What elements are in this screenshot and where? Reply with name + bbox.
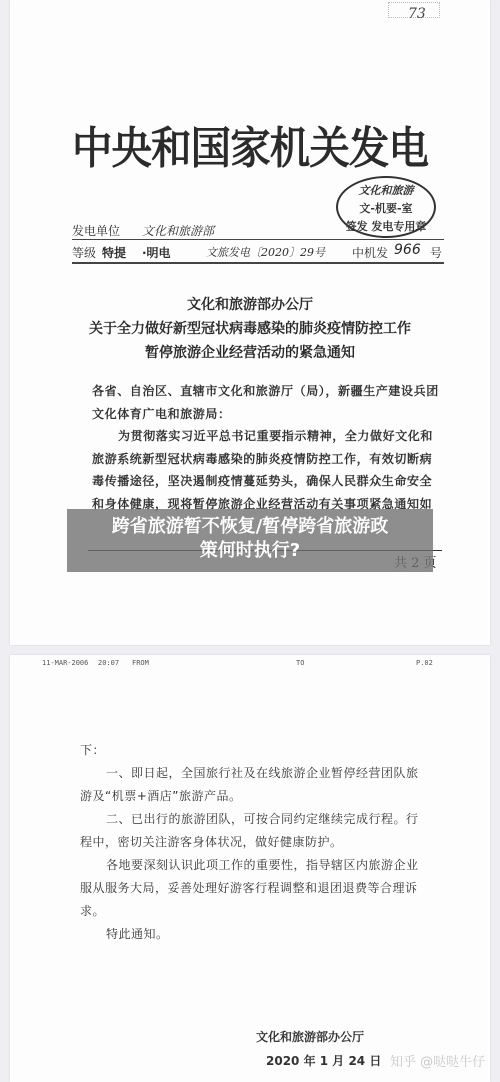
fax-from: FROM — [132, 659, 149, 667]
body-line: 各省、自治区、直辖市文化和旅游厅（局），新疆生产建设兵团 — [92, 380, 452, 403]
page-number: 73 — [408, 6, 426, 22]
grade-label: 等级 — [72, 244, 96, 261]
doc-title-line-3: 暂停旅游企业经营活动的紧急通知 — [10, 342, 490, 362]
transmission-mode: ·明电 — [142, 244, 171, 261]
masthead-title: 中央和国家机关发电 — [29, 112, 471, 176]
notice-body: 各省、自治区、直辖市文化和旅游厅（局），新疆生产建设兵团 文化体育广电和旅游局：… — [92, 380, 452, 515]
divider — [72, 239, 444, 240]
central-number-suffix: 号 — [430, 244, 442, 261]
doc-title-line-1: 文化和旅游部办公厅 — [10, 294, 490, 314]
body-line: 各地要深刻认识此项工作的重要性，指导辖区内旅游企业 — [80, 854, 450, 877]
signature-date: 2020 年 1 月 24 日 — [266, 1052, 381, 1069]
headline-line-2: 策何时执行? — [67, 539, 433, 563]
doc-number: 文旅发电〔2020〕29号 — [206, 244, 325, 260]
seal-line-3: 签发 发电专用章 — [338, 218, 434, 234]
headline-line-1: 跨省旅游暂不恢复/暂停跨省旅游政 — [67, 515, 433, 539]
notice-body-continued: 下： 一、即日起，全国旅行社及在线旅游企业暂停经营团队旅 游及“机票+酒店”旅游… — [80, 739, 450, 946]
sender-label: 发电单位 — [72, 222, 120, 239]
body-line: 文化体育广电和旅游局： — [92, 403, 452, 426]
central-number: 966 — [394, 242, 421, 258]
sender-value: 文化和旅游部 — [142, 222, 214, 239]
body-line: 二、已出行的旅游团队，可按合同约定继续完成行程。行 — [80, 808, 450, 831]
signature-org: 文化和旅游部办公厅 — [256, 1028, 364, 1045]
fax-to: TO — [296, 659, 304, 667]
body-line: 下： — [80, 739, 450, 762]
body-line: 求。 — [80, 900, 450, 923]
fax-page: P.02 — [416, 659, 433, 667]
body-line: 特此通知。 — [80, 923, 450, 946]
official-seal-stamp: 文化和旅游 文-机要-室 签发 发电专用章 — [336, 176, 436, 238]
zhihu-watermark: 知乎 @哒哒牛仔 — [390, 1051, 485, 1070]
document-page-2: 11-MAR-2006 20:07 FROM TO P.02 下： 一、即日起，… — [10, 655, 490, 1082]
fax-date: 11-MAR-2006 — [42, 659, 88, 667]
body-line: 为贯彻落实习近平总书记重要指示精神，全力做好文化和 — [92, 425, 452, 448]
body-line: 游及“机票+酒店”旅游产品。 — [80, 785, 450, 808]
headline-overlay: 跨省旅游暂不恢复/暂停跨省旅游政 策何时执行? — [67, 509, 433, 572]
doc-title-line-2: 关于全力做好新型冠状病毒感染的肺炎疫情防控工作 — [10, 318, 490, 338]
seal-line-2: 文-机要-室 — [338, 200, 434, 216]
body-line: 服从服务大局，妥善处理好游客行程调整和退团退费等合理诉 — [80, 877, 450, 900]
grade-value: 特提 — [102, 244, 126, 261]
body-line: 一、即日起，全国旅行社及在线旅游企业暂停经营团队旅 — [80, 762, 450, 785]
body-line: 毒传播途径，坚决遏制疫情蔓延势头，确保人民群众生命安全 — [92, 470, 452, 493]
fax-time: 20:07 — [98, 659, 119, 667]
body-line: 程中，密切关注游客身体状况，做好健康防护。 — [80, 831, 450, 854]
central-number-prefix: 中机发 — [352, 244, 388, 261]
divider — [72, 262, 444, 264]
seal-line-1: 文化和旅游 — [338, 182, 434, 198]
body-line: 旅游系统新型冠状病毒感染的肺炎疫情防控工作，有效切断病 — [92, 448, 452, 471]
